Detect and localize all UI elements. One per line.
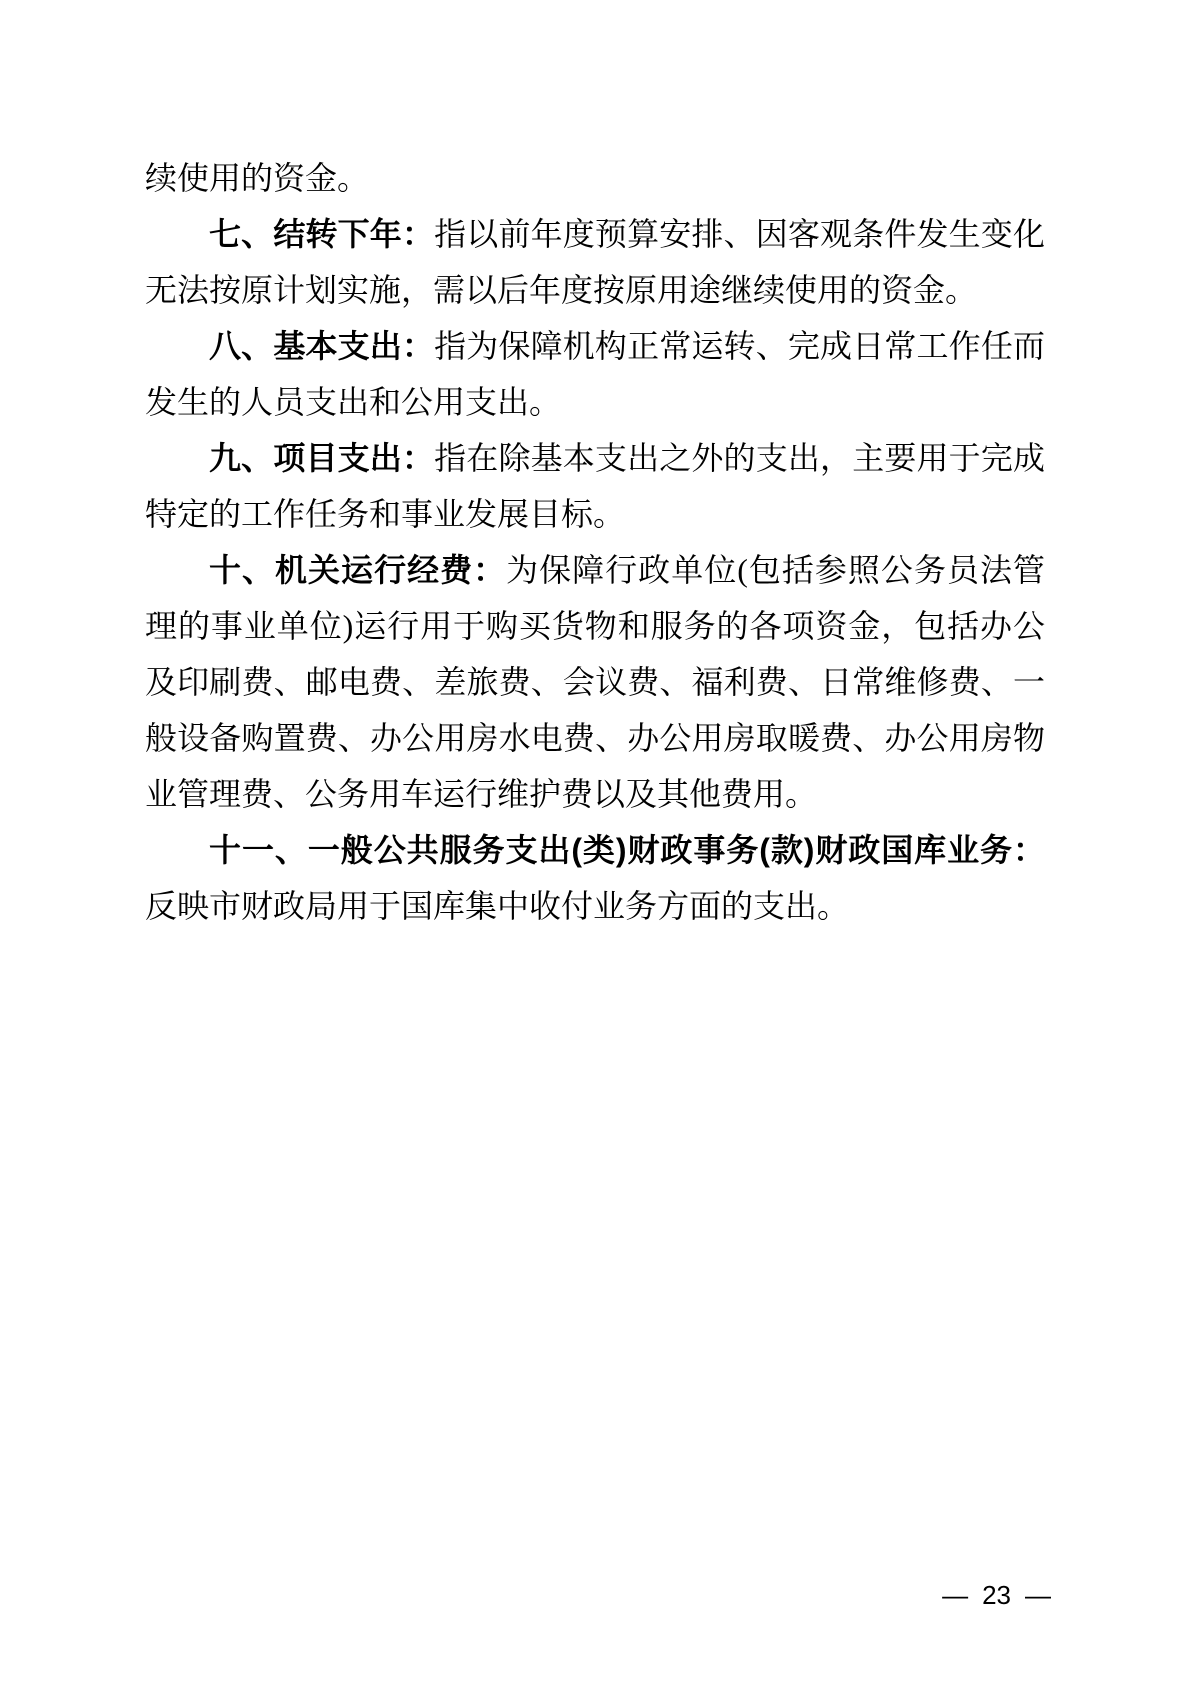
paragraph-lead: 九、项目支出： [209,440,434,476]
document-page: 续使用的资金。 七、结转下年：指以前年度预算安排、因客观条件发生变化无法按原计划… [0,0,1190,1683]
paragraph-body: 反映市财政局用于国库集中收付业务方面的支出。 [145,888,849,924]
paragraph-agency-operating-funds-definition: 十、机关运行经费：为保障行政单位(包括参照公务员法管理的事业单位)运行用于购买货… [145,542,1045,822]
paragraph-basic-expenditure-definition: 八、基本支出：指为保障机构正常运转、完成日常工作任而发生的人员支出和公用支出。 [145,318,1045,430]
paragraph-project-expenditure-definition: 九、项目支出：指在除基本支出之外的支出，主要用于完成特定的工作任务和事业发展目标… [145,430,1045,542]
footer-dash-left: — [942,1580,968,1610]
paragraph-carryover-definition: 七、结转下年：指以前年度预算安排、因客观条件发生变化无法按原计划实施，需以后年度… [145,206,1045,318]
footer-dash-right: — [1025,1580,1051,1610]
page-footer: — 23 — [942,1580,1051,1610]
paragraph-lead: 十、机关运行经费： [209,552,506,588]
paragraph-lead: 八、基本支出： [209,328,434,364]
paragraph-lead: 十一、一般公共服务支出(类)财政事务(款)财政国库业务： [209,832,1045,868]
paragraph-body: 为保障行政单位(包括参照公务员法管理的事业单位)运行用于购买货物和服务的各项资金… [145,552,1045,812]
paragraph-treasury-business-definition: 十一、一般公共服务支出(类)财政事务(款)财政国库业务：反映市财政局用于国库集中… [145,822,1045,934]
paragraph-body: 续使用的资金。 [145,160,369,196]
page-number: 23 [982,1580,1011,1610]
paragraph-continuation: 续使用的资金。 [145,150,1045,206]
document-body: 续使用的资金。 七、结转下年：指以前年度预算安排、因客观条件发生变化无法按原计划… [145,150,1045,934]
paragraph-lead: 七、结转下年： [209,216,434,252]
